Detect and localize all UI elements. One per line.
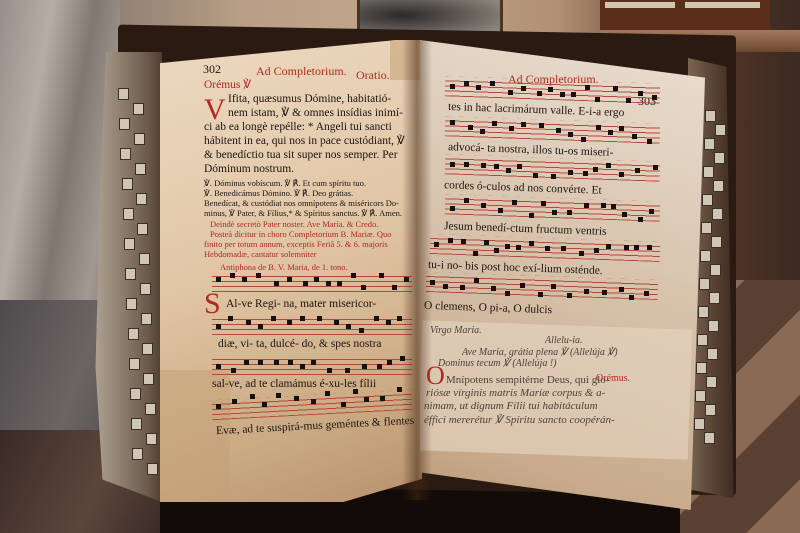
neume (242, 277, 247, 282)
neume (314, 277, 319, 282)
neume (337, 281, 342, 286)
neume (652, 95, 657, 100)
neume (520, 283, 525, 288)
neume (464, 162, 469, 167)
right-page: Ad Completorium. 303 tes in hac lacrimár… (420, 40, 705, 510)
thumb-tab[interactable] (704, 138, 715, 150)
neume (619, 126, 624, 131)
neume (274, 360, 279, 365)
neume (545, 246, 550, 251)
neume (622, 212, 627, 217)
neume (258, 360, 263, 365)
neume (362, 364, 367, 369)
neume (647, 245, 652, 250)
thumb-tab[interactable] (710, 264, 721, 276)
running-head: Ad Completorium. (256, 64, 347, 79)
neume (644, 291, 649, 296)
neume (567, 293, 572, 298)
prayer-line: Dóminum nostrum. (204, 163, 294, 177)
neume (387, 360, 392, 365)
neume (262, 402, 267, 407)
chant-drop-cap: S (204, 290, 221, 318)
neume (541, 201, 546, 206)
neume (434, 242, 439, 247)
music-staff (212, 315, 412, 335)
neume (533, 173, 538, 178)
neume (450, 84, 455, 89)
thumb-tab[interactable] (714, 152, 725, 164)
photo-scene: 302 Ad Completorium. Oratio. Orémus ℣ V … (0, 0, 800, 533)
neume (568, 132, 573, 137)
neume (608, 130, 613, 135)
thumb-tab[interactable] (129, 358, 140, 370)
neume (516, 245, 521, 250)
rubric-line: Posteà dicitur in choro Completorium B. … (210, 229, 392, 239)
neume (464, 198, 469, 203)
thumb-tab[interactable] (147, 463, 158, 475)
prayer-line: & benedíctio tua sit super nos semper. P… (204, 149, 398, 163)
page-number: 302 (203, 62, 221, 77)
neume (311, 360, 316, 365)
neume (460, 285, 465, 290)
neume (611, 204, 616, 209)
prayer-line: ci ab ea longè repélle: * Angeli tui san… (204, 121, 392, 135)
neume (379, 273, 384, 278)
slip-prayer-line: riósæ vírginis matris Maríæ corpus & a- (426, 387, 605, 399)
neume (450, 162, 455, 167)
neume (246, 320, 251, 325)
neume (351, 273, 356, 278)
thumb-tab[interactable] (705, 404, 716, 416)
neume (568, 170, 573, 175)
thumb-tab[interactable] (131, 418, 142, 430)
neume (512, 200, 517, 205)
lyric-line: O clemens, O pi-a, O dulcis (424, 300, 552, 316)
thumb-tab[interactable] (711, 236, 722, 248)
neume (448, 238, 453, 243)
neume (517, 164, 522, 169)
neume (216, 364, 221, 369)
neume (571, 92, 576, 97)
neume (341, 402, 346, 407)
neume (317, 316, 322, 321)
neume (481, 163, 486, 168)
neume (271, 316, 276, 321)
thumb-tab[interactable] (136, 193, 147, 205)
neume (325, 391, 330, 396)
thumb-tab[interactable] (715, 124, 726, 136)
neume (326, 281, 331, 286)
neume (216, 324, 221, 329)
neume (551, 174, 556, 179)
slip-response: Dominus tecum ℣ (Allelúja !) (438, 358, 556, 369)
neume (294, 396, 299, 401)
neume (300, 364, 305, 369)
thumb-tab[interactable] (137, 223, 148, 235)
neume (216, 404, 221, 409)
neume (505, 244, 510, 249)
neume (346, 324, 351, 329)
neume (583, 171, 588, 176)
music-staff (445, 116, 661, 143)
slip-versicle: Ave Maria, grátia plena ℣ (Allelúja ℣) (462, 347, 618, 358)
thumb-tab[interactable] (697, 334, 708, 346)
neume (494, 164, 499, 169)
neume (287, 277, 292, 282)
neume (498, 208, 503, 213)
thumb-tab[interactable] (705, 110, 716, 122)
neume (561, 246, 566, 251)
music-staff (212, 355, 412, 375)
neume (509, 126, 514, 131)
neume (581, 137, 586, 142)
neume (274, 281, 279, 286)
neume (560, 92, 565, 97)
neume (521, 86, 526, 91)
thumb-tab[interactable] (122, 178, 133, 190)
neume (539, 123, 544, 128)
thumb-tab[interactable] (145, 403, 156, 415)
neume (624, 245, 629, 250)
neume (230, 273, 235, 278)
neume (490, 81, 495, 86)
thumb-tab[interactable] (146, 433, 157, 445)
neume (634, 245, 639, 250)
neume (300, 316, 305, 321)
thumb-tab[interactable] (694, 418, 705, 430)
neume (529, 213, 534, 218)
neume (484, 240, 489, 245)
thumb-tab[interactable] (124, 238, 135, 250)
versicle-line: minus, ℣ Pater, & Fílius,* & Spíritus sa… (204, 208, 402, 218)
neume (359, 328, 364, 333)
thumb-tab[interactable] (118, 88, 129, 100)
wooden-window-frame (600, 0, 770, 30)
thumb-tab[interactable] (125, 268, 136, 280)
neume (595, 97, 600, 102)
neume (244, 360, 249, 365)
neume (334, 320, 339, 325)
versicle-line: Benedícat, & custódiat nos omnípotens & … (204, 198, 399, 208)
neume (287, 320, 292, 325)
neume (521, 122, 526, 127)
book-gutter (402, 40, 432, 500)
neume (584, 203, 589, 208)
thumb-tab[interactable] (703, 166, 714, 178)
neume (594, 248, 599, 253)
thumb-tab[interactable] (128, 328, 139, 340)
neume (468, 125, 473, 130)
neume (548, 87, 553, 92)
neume (450, 120, 455, 125)
thumb-tab[interactable] (701, 222, 712, 234)
thumb-tab[interactable] (713, 180, 724, 192)
neume (551, 284, 556, 289)
thumb-tab[interactable] (696, 362, 707, 374)
thumb-tab[interactable] (130, 388, 141, 400)
neume (327, 368, 332, 373)
slip-prayer-line: nimam, ut dignum Fílii tui habitáculum (424, 400, 598, 412)
thumb-tab[interactable] (119, 118, 130, 130)
thumb-tab[interactable] (702, 194, 713, 206)
neume (506, 168, 511, 173)
neume (508, 90, 513, 95)
neume (647, 139, 652, 144)
neume (613, 86, 618, 91)
thumb-tab[interactable] (700, 250, 711, 262)
slip-alleluia: Allelu-ia. (545, 335, 583, 346)
lyric-line: Al-ve Regi- na, mater misericor- (226, 298, 376, 310)
thumb-tab[interactable] (141, 313, 152, 325)
neume (626, 98, 631, 103)
thumb-tab[interactable] (698, 306, 709, 318)
thumb-tab[interactable] (140, 283, 151, 295)
neume (619, 172, 624, 177)
neume (638, 217, 643, 222)
thumb-tab[interactable] (126, 298, 137, 310)
rubric-line: finito per totum annum, exceptis Feriâ 5… (204, 239, 388, 249)
slip-prayer-line: éffici mererétur ℣ Spíritu sancto coopér… (424, 413, 615, 426)
neume (480, 129, 485, 134)
drop-cap: V (204, 96, 226, 124)
neume (464, 81, 469, 86)
prayer-line: hábitent in ea, qui nos in pace custódia… (204, 135, 405, 149)
neume (601, 203, 606, 208)
neume (361, 285, 366, 290)
neume (250, 394, 255, 399)
neume (232, 399, 237, 404)
section-label: Oratio. (356, 68, 390, 83)
neume (258, 324, 263, 329)
thumb-tab[interactable] (139, 253, 150, 265)
thumb-tab[interactable] (135, 163, 146, 175)
thumb-tab[interactable] (708, 320, 719, 332)
neume (537, 91, 542, 96)
neume (529, 241, 534, 246)
thumb-tab[interactable] (133, 103, 144, 115)
neume (552, 210, 557, 215)
neume (288, 360, 293, 365)
neume (629, 295, 634, 300)
lyric-line: diæ, vi- ta, dulcé- do, & spes nostra (218, 338, 382, 350)
neume (492, 121, 497, 126)
neume (380, 396, 385, 401)
neume (606, 163, 611, 168)
neume (481, 203, 486, 208)
neume (386, 320, 391, 325)
neume (473, 251, 478, 256)
thumb-tab[interactable] (142, 343, 153, 355)
music-staff (445, 194, 661, 221)
neume (556, 128, 561, 133)
neume (374, 316, 379, 321)
thumb-tab[interactable] (120, 148, 131, 160)
neume (635, 168, 640, 173)
neume (593, 167, 598, 172)
neume (602, 290, 607, 295)
neume (538, 292, 543, 297)
neume (345, 368, 350, 373)
neume (364, 397, 369, 402)
thumb-tab[interactable] (123, 208, 134, 220)
neume (231, 368, 236, 373)
neume (596, 125, 601, 130)
neume (491, 286, 496, 291)
neume (474, 278, 479, 283)
versicle-line: ℣. Benedicámus Dómino. ℣ ℟. Deo grátias. (204, 188, 353, 198)
thumb-tab[interactable] (695, 390, 706, 402)
neume (567, 210, 572, 215)
neume (461, 239, 466, 244)
rubric-line: Deindè secretò Pater noster. Ave María. … (210, 219, 378, 229)
left-page: 302 Ad Completorium. Oratio. Orémus ℣ V … (160, 40, 422, 502)
thumb-tab[interactable] (706, 376, 717, 388)
neume (392, 285, 397, 290)
neume (353, 389, 358, 394)
neume (649, 209, 654, 214)
neume (256, 273, 261, 278)
prayer-line: Ifita, quæsumus Dómine, habitatió- (228, 93, 391, 107)
thumb-tab[interactable] (712, 208, 723, 220)
slip-prayer-line: Mnípotens sempitérne Deus, qui glo- (446, 374, 609, 386)
neume (216, 277, 221, 282)
antiphon-title: Antiphona de B. V. Maria, de 1. tono. (220, 262, 348, 272)
lyric-line: sal-ve, ad te clamámus é-xu-les fílii (212, 378, 376, 390)
neume (494, 248, 499, 253)
thumb-tab[interactable] (709, 292, 720, 304)
thumb-tab[interactable] (704, 432, 715, 444)
thumb-tab[interactable] (699, 278, 710, 290)
neume (585, 85, 590, 90)
neume (450, 206, 455, 211)
neume (619, 287, 624, 292)
thumb-tab[interactable] (143, 373, 154, 385)
neume (653, 165, 658, 170)
neume (505, 291, 510, 296)
thumb-tab[interactable] (132, 448, 143, 460)
neume (579, 251, 584, 256)
prayer-line: nem istam, ℣ & omnes insídias inimí- (228, 107, 403, 121)
neume (632, 134, 637, 139)
neume (377, 364, 382, 369)
neume (311, 399, 316, 404)
neume (303, 281, 308, 286)
versicle-line: ℣. Dóminus vobíscum. ℣ ℟. Et cum spíritu… (204, 178, 366, 188)
neume (606, 244, 611, 249)
neume (276, 393, 281, 398)
neume (476, 85, 481, 90)
neume (584, 289, 589, 294)
thumb-tab[interactable] (134, 133, 145, 145)
rubric-line: Hebdomadæ, cantatur solemniter (204, 249, 317, 259)
slip-lyric: Virgo Maria. (430, 325, 482, 336)
neume (443, 284, 448, 289)
thumb-tab[interactable] (707, 348, 718, 360)
neume (638, 91, 643, 96)
oremus: Orémus ℣ (204, 79, 251, 93)
neume (228, 316, 233, 321)
